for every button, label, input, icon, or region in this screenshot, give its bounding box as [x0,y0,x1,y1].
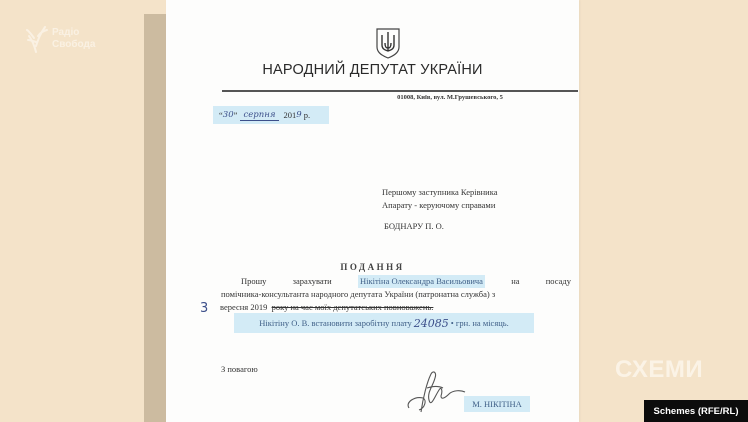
handwritten-day: 3 [200,301,208,316]
ukraine-trident-icon [375,27,401,59]
body-line-3: вересня 2019 року на час моїх депутатськ… [220,302,433,312]
addressee-name: БОДНАРУ П. О. [384,221,444,231]
closing-text: З повагою [221,364,258,374]
body-word: на [511,275,519,288]
struck-text: року на час моїх депутатських повноважен… [272,302,434,312]
body-word: посаду [546,275,571,288]
photo-credit: Schemes (RFE/RL) [644,400,748,422]
letterhead-title: НАРОДНИЙ ДЕПУТАТ УКРАЇНИ [166,62,579,78]
addressee-line2: Апарату - керуючому справами [382,199,497,212]
body-word: зарахувати [293,275,332,288]
date-year-prefix: 201 [283,110,296,120]
radio-svoboda-logo: Радіо Свобода [26,24,95,54]
highlighted-employee-name: Нікітіна Олександра Васильовича [358,275,485,288]
date-month: серпня [240,110,280,121]
salary-text-end: • грн. на місяць. [451,318,509,328]
document-body: Прошу зарахувати Нікітіна Олександра Вас… [221,275,571,301]
document-heading: ПОДАННЯ [166,262,579,272]
addressee-line1: Першому заступника Керівника [382,186,497,199]
salary-text-start: Нікітіну О. В. встановити заробітну плат… [259,318,412,328]
document-date: “30” серпня 2019 р. [213,106,329,124]
body-start-date: вересня 2019 [220,302,267,312]
handwritten-signature-icon [405,368,467,418]
body-word: Прошу [241,275,266,288]
date-suffix: р. [304,110,310,120]
radio-logo-line2: Свобода [52,39,95,51]
radio-logo-line1: Радіо [52,27,95,39]
date-year-digit: 9 [296,110,301,120]
salary-line: Нікітіну О. В. встановити заробітну плат… [234,313,534,333]
salary-amount-handwritten: 24085 [414,317,449,330]
body-line-2: помічника-консультанта народного депутат… [221,288,571,301]
page-shadow [144,14,166,422]
date-day: 30 [223,110,234,120]
schemes-watermark: СХЕМИ [615,356,703,384]
letterhead-divider [222,90,578,92]
signer-name: М. НІКІТІНА [464,396,530,412]
radio-svoboda-bird-icon [26,24,48,54]
addressee-block: Першому заступника Керівника Апарату - к… [382,186,497,212]
letterhead-address: 01008, Київ, вул. М.Грушевського, 5 [330,94,570,101]
body-line-1: Прошу зарахувати Нікітіна Олександра Вас… [221,275,571,288]
